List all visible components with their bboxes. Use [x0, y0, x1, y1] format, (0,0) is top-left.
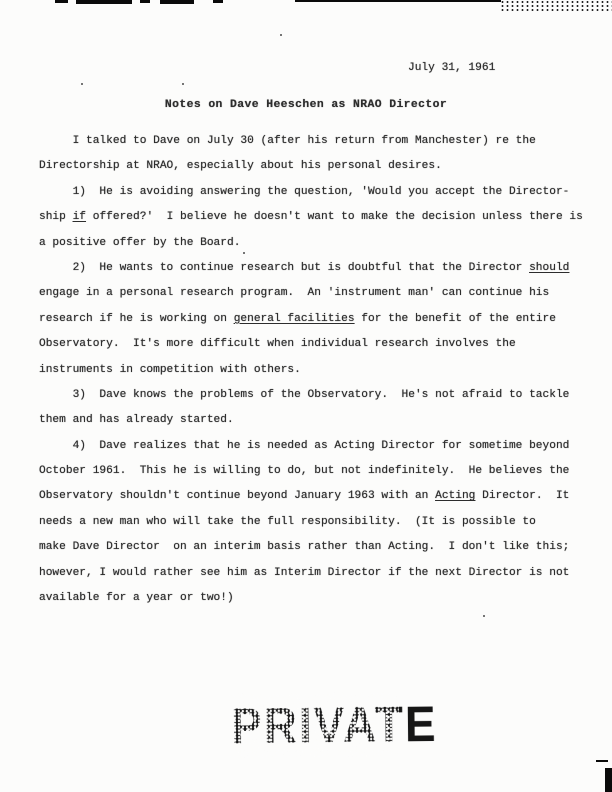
scan-edge-artifact [295, 0, 501, 2]
underlined-text: Acting [435, 490, 475, 502]
text-segment: available for a year or two!) [39, 592, 234, 604]
scan-speck [280, 34, 282, 36]
document-line: 4) Dave realizes that he is needed as Ac… [39, 434, 591, 459]
text-segment: research if he is working on [39, 313, 234, 325]
document-line: research if he is working on general fac… [39, 307, 591, 332]
text-segment: them and has already started. [39, 414, 234, 426]
document-line: needs a new man who will take the full r… [39, 510, 591, 535]
document-line: October 1961. This he is willing to do, … [39, 459, 591, 484]
scan-edge-artifact-bottom-right-dash [596, 760, 608, 762]
text-segment: 2) He wants to continue research but is … [39, 262, 529, 274]
scan-speck [182, 83, 184, 85]
text-segment: 4) Dave realizes that he is needed as Ac… [39, 440, 569, 452]
scan-speck [483, 615, 485, 617]
text-segment: ship [39, 211, 73, 223]
memo-date: July 31, 1961 [408, 62, 495, 74]
text-segment: instruments in competition with others. [39, 364, 301, 376]
document-line: I talked to Dave on July 30 (after his r… [39, 129, 591, 154]
text-segment: I talked to Dave on July 30 (after his r… [39, 135, 536, 147]
scan-edge-artifact [55, 0, 68, 3]
document-line: 2) He wants to continue research but is … [39, 256, 591, 281]
document-line: 1) He is avoiding answering the question… [39, 180, 591, 205]
text-segment: engage in a personal research program. A… [39, 287, 549, 299]
memo-title: Notes on Dave Heeschen as NRAO Director [0, 99, 612, 111]
text-segment: however, I would rather see him as Inter… [39, 567, 569, 579]
underlined-text: if [73, 211, 86, 223]
document-line: 3) Dave knows the problems of the Observ… [39, 383, 591, 408]
scan-noise-top-right [500, 0, 612, 11]
underlined-text: should [529, 262, 569, 274]
document-line: Directorship at NRAO, especially about h… [39, 154, 591, 179]
text-segment: October 1961. This he is willing to do, … [39, 465, 569, 477]
memo-body: I talked to Dave on July 30 (after his r… [39, 129, 591, 611]
private-stamp: PRIVATE [231, 694, 398, 756]
text-segment: offered?' I believe he doesn't want to m… [86, 211, 583, 223]
text-segment: needs a new man who will take the full r… [39, 516, 536, 528]
document-line: ship if offered?' I believe he doesn't w… [39, 205, 591, 230]
document-line: engage in a personal research program. A… [39, 281, 591, 306]
document-line: however, I would rather see him as Inter… [39, 561, 591, 586]
scan-edge-artifact [160, 0, 194, 4]
text-segment: 3) Dave knows the problems of the Observ… [39, 389, 569, 401]
document-line: instruments in competition with others. [39, 358, 591, 383]
document-line: available for a year or two!) [39, 586, 591, 611]
scanned-memo-page: July 31, 1961 Notes on Dave Heeschen as … [0, 0, 612, 792]
scan-edge-artifact [76, 0, 132, 4]
scan-speck [81, 83, 83, 85]
scan-edge-artifact-bottom-right [605, 768, 612, 792]
text-segment: Observatory. It's more difficult when in… [39, 338, 516, 350]
scan-edge-artifact [140, 0, 150, 3]
document-line: them and has already started. [39, 408, 591, 433]
text-segment: Directorship at NRAO, especially about h… [39, 160, 442, 172]
text-segment: a positive offer by the Board. [39, 237, 240, 249]
text-segment: Observatory shouldn't continue beyond Ja… [39, 490, 435, 502]
scan-edge-artifact [213, 0, 223, 3]
document-line: Observatory. It's more difficult when in… [39, 332, 591, 357]
document-line: make Dave Director on an interim basis r… [39, 535, 591, 560]
text-segment: Director. It [475, 490, 569, 502]
text-segment: 1) He is avoiding answering the question… [39, 186, 569, 198]
text-segment: make Dave Director on an interim basis r… [39, 541, 569, 553]
document-line: a positive offer by the Board. [39, 231, 591, 256]
text-segment: for the benefit of the entire [355, 313, 556, 325]
document-line: Observatory shouldn't continue beyond Ja… [39, 484, 591, 509]
underlined-text: general facilities [234, 313, 355, 325]
